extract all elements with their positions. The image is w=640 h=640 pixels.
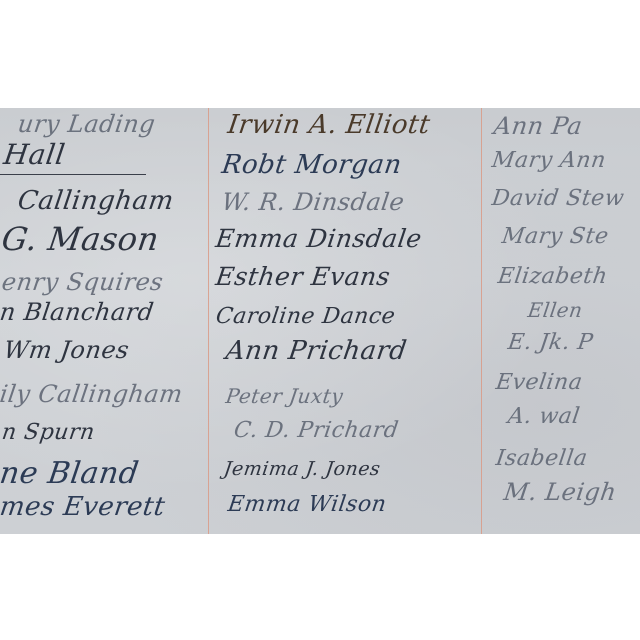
heading-underline (0, 174, 146, 175)
column-3-entry: David Stew (490, 186, 626, 211)
column-3-entry: Isabella (494, 446, 589, 471)
column-2-entry: Esther Evans (214, 262, 392, 291)
column-3-entry: Mary Ann (490, 148, 607, 173)
column-3-entry: Ann Pa (492, 112, 584, 140)
column-1-entry: Callingham (16, 186, 176, 216)
column-2-entry: Peter Juxty (224, 384, 345, 408)
column-3-entry: Mary Ste (500, 224, 610, 249)
column-2-entry: C. D. Prichard (232, 418, 400, 443)
column-1-heading-line-2: Hall (2, 138, 68, 171)
column-1-entry: mes Everett (0, 492, 167, 522)
column-3-entry: Elizabeth (496, 264, 609, 289)
column-1-entry: n Blanchard (0, 298, 156, 326)
column-1-heading-line-1: ury Lading (16, 110, 157, 138)
ledger-photo: ury Lading Hall Callingham G. Mason enry… (0, 108, 640, 534)
column-2-entry: Emma Wilson (226, 492, 388, 517)
column-rule-left (208, 108, 209, 534)
column-2-entry: Emma Dinsdale (214, 224, 424, 253)
column-2-entry: Robt Morgan (220, 150, 404, 180)
white-margin (0, 534, 640, 640)
column-3-entry: A. wal (506, 404, 581, 429)
column-2-entry: Irwin A. Elliott (226, 110, 432, 140)
column-3-entry: E. Jk. P (506, 330, 595, 355)
column-3-entry: M. Leigh (502, 478, 618, 506)
column-1-entry: G. Mason (0, 220, 162, 258)
column-3-entry: Ellen (526, 298, 584, 322)
column-2-entry: Caroline Dance (214, 304, 397, 329)
column-3-entry: Evelina (494, 370, 584, 395)
column-1-entry: ily Callingham (0, 380, 185, 408)
column-2-entry: Ann Prichard (224, 336, 409, 366)
column-1-entry: ne Bland (0, 456, 141, 491)
column-1-entry: n Spurn (0, 420, 96, 445)
column-2-entry: Jemima J. Jones (222, 458, 381, 480)
column-1-entry: Wm Jones (2, 336, 131, 364)
column-rule-right (481, 108, 482, 534)
column-2-entry: W. R. Dinsdale (220, 188, 406, 216)
column-1-entry: enry Squires (0, 268, 165, 296)
